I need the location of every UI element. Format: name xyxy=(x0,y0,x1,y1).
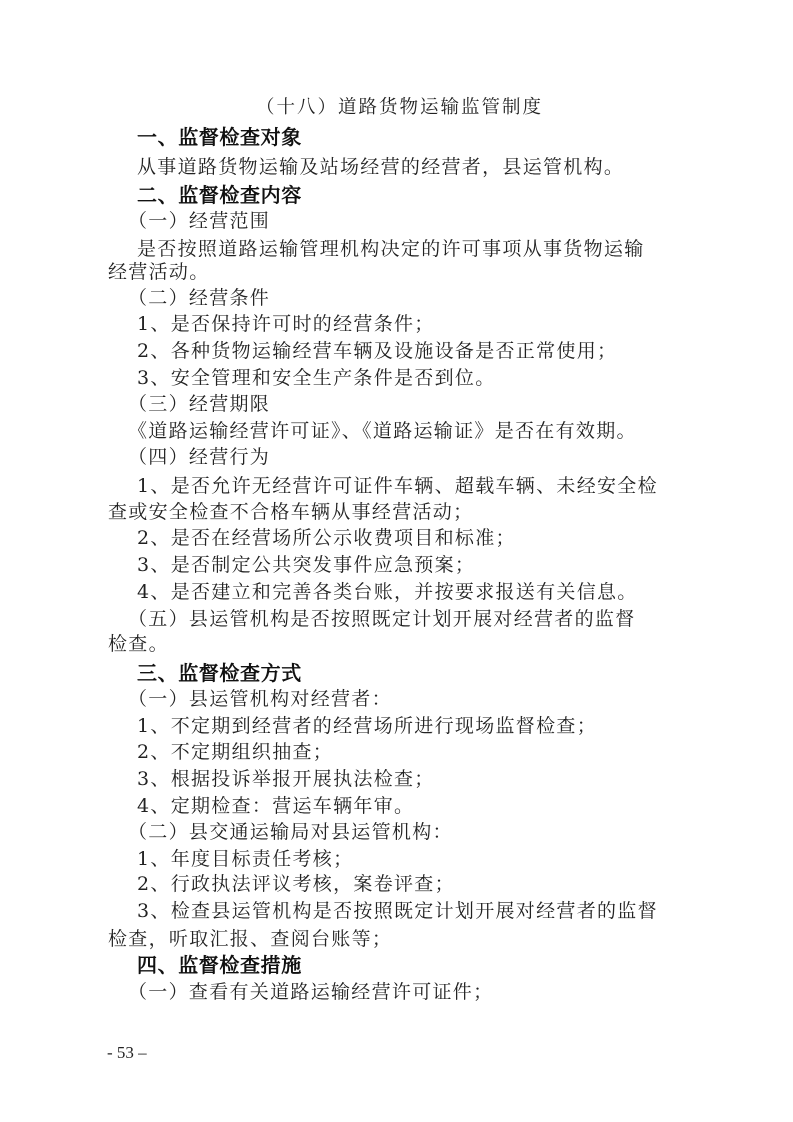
section-heading: 四、监督检查措施 xyxy=(137,952,302,978)
paragraph-line: 3、是否制定公共突发事件应急预案； xyxy=(137,552,475,578)
paragraph-line: 2、是否在经营场所公示收费项目和标准； xyxy=(137,525,516,551)
section-heading: 三、监督检查方式 xyxy=(137,660,302,686)
paragraph-line: 检查，听取汇报、查阅台账等； xyxy=(108,926,392,952)
paragraph-line: 1、年度目标责任考核； xyxy=(137,846,353,872)
document-title: （十八）道路货物运输监管制度 xyxy=(256,95,543,121)
paragraph-line: 检查。 xyxy=(108,631,169,657)
paragraph-line: 3、检查县运管机构是否按照既定计划开展对经营者的监督 xyxy=(137,898,658,924)
paragraph-line: 2、不定期组织抽查； xyxy=(137,739,333,765)
paragraph-line: （一）经营范围 xyxy=(128,208,270,234)
paragraph-line: 1、不定期到经营者的经营场所进行现场监督检查； xyxy=(137,713,597,739)
paragraph-line: 4、是否建立和完善各类台账，并按要求报送有关信息。 xyxy=(137,579,638,605)
section-heading: 二、监督检查内容 xyxy=(137,182,302,208)
paragraph-line: （一）查看有关道路运输经营许可证件； xyxy=(128,979,493,1005)
paragraph-line: （一）县运管机构对经营者： xyxy=(128,686,392,712)
paragraph-line: 3、根据投诉举报开展执法检查； xyxy=(137,766,435,792)
paragraph-line: 是否按照道路运输管理机构决定的许可事项从事货物运输 xyxy=(137,236,645,262)
paragraph-line: 2、各种货物运输经营车辆及设施设备是否正常使用； xyxy=(137,338,617,364)
paragraph-line: 1、是否允许无经营许可证件车辆、超载车辆、未经安全检 xyxy=(137,473,658,499)
paragraph-line: 1、是否保持许可时的经营条件； xyxy=(137,311,435,337)
paragraph-line: 4、定期检查：营运车辆年审。 xyxy=(137,793,414,819)
paragraph-line: 经营活动。 xyxy=(108,259,210,285)
section-heading: 一、监督检查对象 xyxy=(137,124,302,150)
paragraph-line: （四）经营行为 xyxy=(128,444,270,470)
paragraph-line: 2、行政执法评议考核，案卷评查； xyxy=(137,871,455,897)
paragraph-line: 《道路运输经营许可证》、《道路运输证》是否在有效期。 xyxy=(128,418,637,444)
paragraph-line: （三）经营期限 xyxy=(128,391,270,417)
paragraph-line: 查或安全检查不合格车辆从事经营活动； xyxy=(108,499,473,525)
paragraph-line: 从事道路货物运输及站场经营的经营者，县运管机构。 xyxy=(137,154,624,180)
page-number: - 53 – xyxy=(107,1043,147,1063)
document-page: （十八）道路货物运输监管制度 一、监督检查对象从事道路货物运输及站场经营的经营者… xyxy=(0,0,793,1122)
paragraph-line: （二）县交通运输局对县运管机构： xyxy=(128,819,453,845)
paragraph-line: （五）县运管机构是否按照既定计划开展对经营者的监督 xyxy=(128,606,636,632)
paragraph-line: （二）经营条件 xyxy=(128,285,270,311)
paragraph-line: 3、安全管理和安全生产条件是否到位。 xyxy=(137,365,496,391)
